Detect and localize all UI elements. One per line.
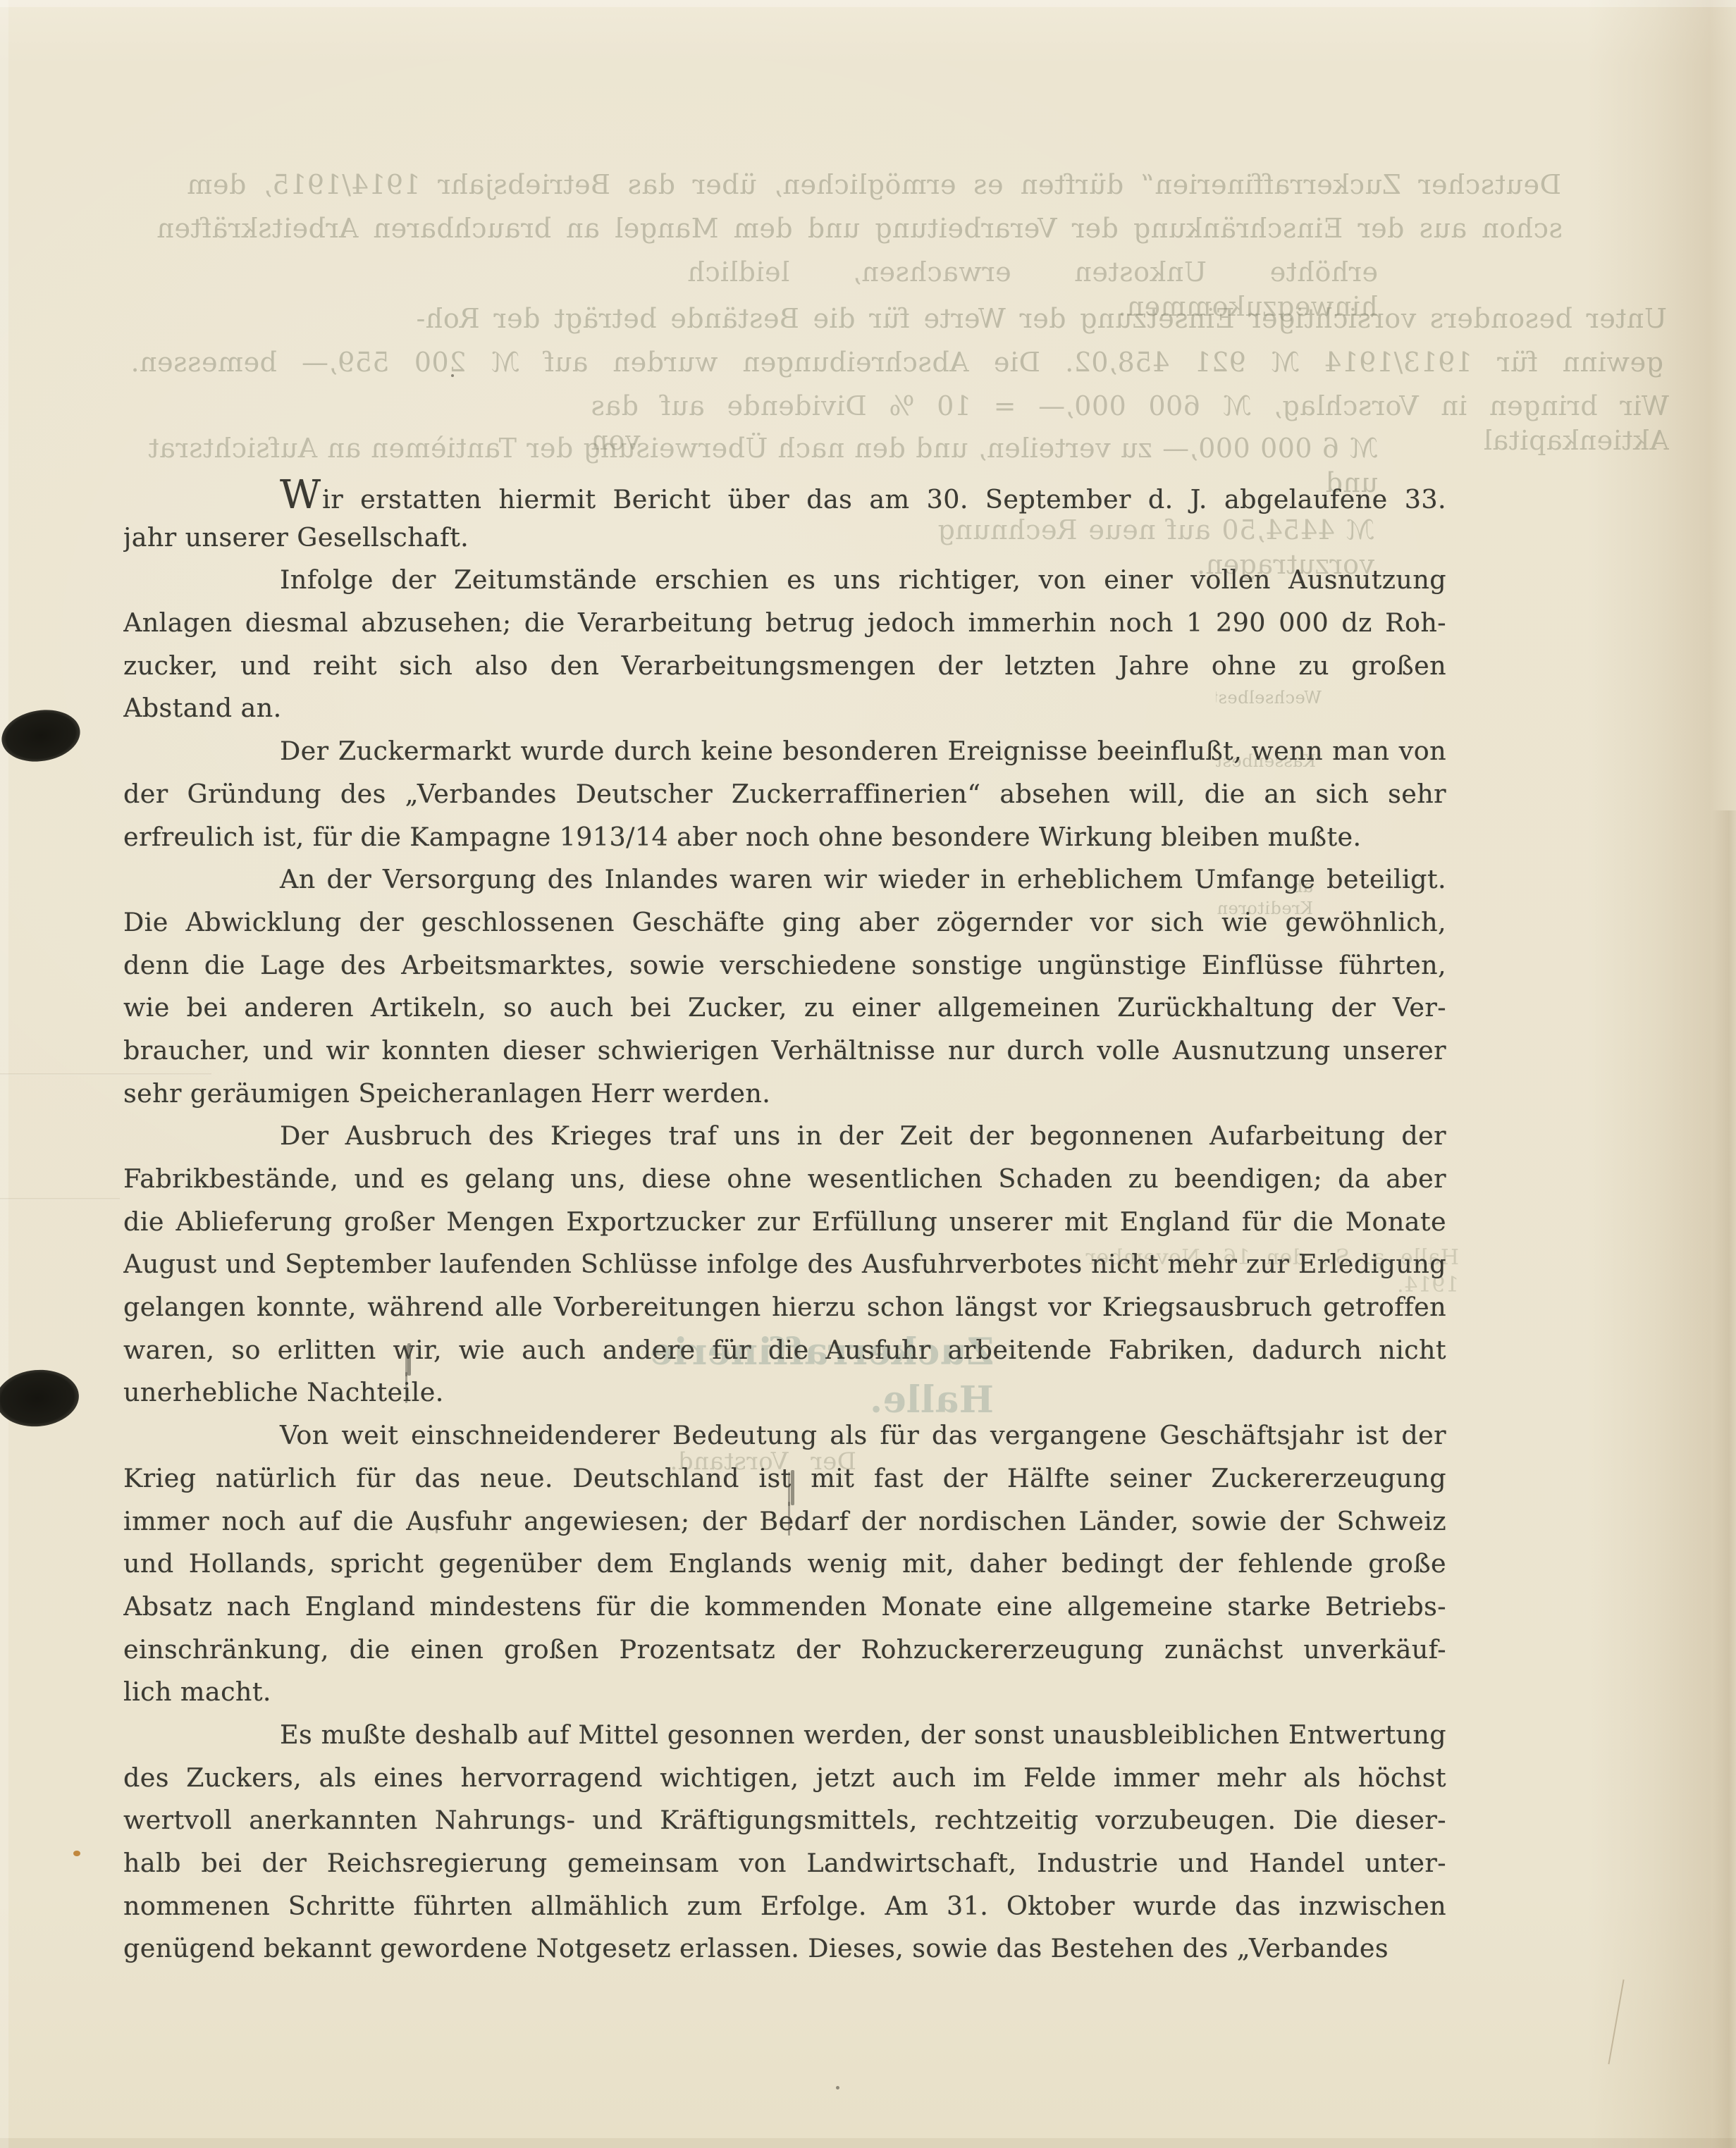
stray-type-mark xyxy=(791,1470,794,1505)
punch-hole-top xyxy=(0,705,84,767)
text-line: Der Zuckermarkt wurde durch keine besond… xyxy=(123,730,1446,773)
text-line: immer noch auf die Ausfuhr angewiesen; d… xyxy=(123,1500,1446,1543)
text-line: Infolge der Zeitumstände erschien es uns… xyxy=(123,559,1446,602)
text-line: Absatz nach England mindestens für die k… xyxy=(123,1586,1446,1629)
paper-edge-shadow-deep xyxy=(1712,810,1736,2148)
text-line: die Ablieferung großer Mengen Exportzuck… xyxy=(123,1201,1446,1244)
text-line: einschränkung, die einen großen Prozents… xyxy=(123,1629,1446,1672)
text-line: Wir erstatten hiermit Bericht über das a… xyxy=(123,474,1446,517)
stray-type-mark xyxy=(407,1343,411,1376)
bleedthrough-line: gewinn für 1913/1914 ℳ 921 458,02. Die A… xyxy=(130,345,1663,380)
text-line: unerhebliche Nachteile. xyxy=(123,1371,1446,1414)
text-line: genügend bekannt gewordene Notgesetz erl… xyxy=(123,1927,1446,1970)
text-line: erfreulich ist, für die Kampagne 1913/14… xyxy=(123,816,1446,859)
text-line: braucher, und wir konnten dieser schwier… xyxy=(123,1030,1446,1073)
text-line: Krieg natürlich für das neue. Deutschlan… xyxy=(123,1457,1446,1500)
text-line: denn die Lage des Arbeitsmarktes, sowie … xyxy=(123,944,1446,987)
scanned-report-page: Deutscher Zuckerraffinerien“ dürften es … xyxy=(0,0,1736,2148)
text-line: August und September laufenden Schlüsse … xyxy=(123,1243,1446,1286)
bleedthrough-line: Unter besonders vorsichtiger Einsetzung … xyxy=(416,302,1667,336)
punch-hole-bottom xyxy=(0,1366,81,1430)
text-line: Fabrikbestände, und es gelang uns, diese… xyxy=(123,1158,1446,1201)
text-line: halb bei der Reichsregierung gemeinsam v… xyxy=(123,1842,1446,1885)
text-line: Abstand an. xyxy=(123,687,1446,730)
text-line: Es mußte deshalb auf Mittel gesonnen wer… xyxy=(123,1714,1446,1757)
text-line: und Hollands, spricht gegenüber dem Engl… xyxy=(123,1543,1446,1586)
text-line: zucker, und reiht sich also den Verarbei… xyxy=(123,645,1446,688)
paper-edge-bottom xyxy=(0,2138,1736,2148)
text-line: waren, so erlitten wir, wie auch andere … xyxy=(123,1329,1446,1372)
bleedthrough-line: schon aus der Einschränkung der Verarbei… xyxy=(156,211,1563,246)
report-text: Wir erstatten hiermit Bericht über das a… xyxy=(123,474,1446,1970)
stray-type-mark xyxy=(436,1515,438,1533)
paper-edge-top xyxy=(0,0,1736,7)
text-line: des Zuckers, als eines hervorragend wich… xyxy=(123,1757,1446,1800)
text-line: Anlagen diesmal abzusehen; die Verarbeit… xyxy=(123,602,1446,645)
bleedthrough-line: Wir bringen in Vorschlag, ℳ 600 000,— = … xyxy=(591,389,1669,458)
text-line: der Gründung des „Verbandes Deutscher Zu… xyxy=(123,773,1446,816)
ink-speck xyxy=(836,2086,839,2090)
text-line: Die Abwicklung der geschlossenen Geschäf… xyxy=(123,901,1446,944)
text-line: lich macht. xyxy=(123,1671,1446,1714)
text-line: nommenen Schritte führten allmählich zum… xyxy=(123,1885,1446,1928)
fold-crease xyxy=(0,1073,211,1075)
text-line: wertvoll anerkannten Nahrungs- und Kräft… xyxy=(123,1799,1446,1842)
text-line: An der Versorgung des Inlandes waren wir… xyxy=(123,858,1446,901)
rust-speck xyxy=(73,1851,80,1856)
bleedthrough-line: erhöhte Unkosten erwachsen, leidlich hin… xyxy=(687,255,1378,324)
text-line: Von weit einschneidenderer Bedeutung als… xyxy=(123,1414,1446,1457)
ink-speck xyxy=(451,374,454,377)
fold-crease xyxy=(0,1198,120,1200)
text-line: Der Ausbruch des Krieges traf uns in der… xyxy=(123,1115,1446,1158)
text-line: jahr unserer Gesellschaft. xyxy=(123,517,1446,560)
text-line: sehr geräumigen Speicheranlagen Herr wer… xyxy=(123,1073,1446,1116)
text-line: gelangen konnte, während alle Vorbereitu… xyxy=(123,1286,1446,1329)
bleedthrough-line: Deutscher Zuckerraffinerien“ dürften es … xyxy=(187,168,1561,202)
text-line: wie bei anderen Artikeln, so auch bei Zu… xyxy=(123,987,1446,1030)
